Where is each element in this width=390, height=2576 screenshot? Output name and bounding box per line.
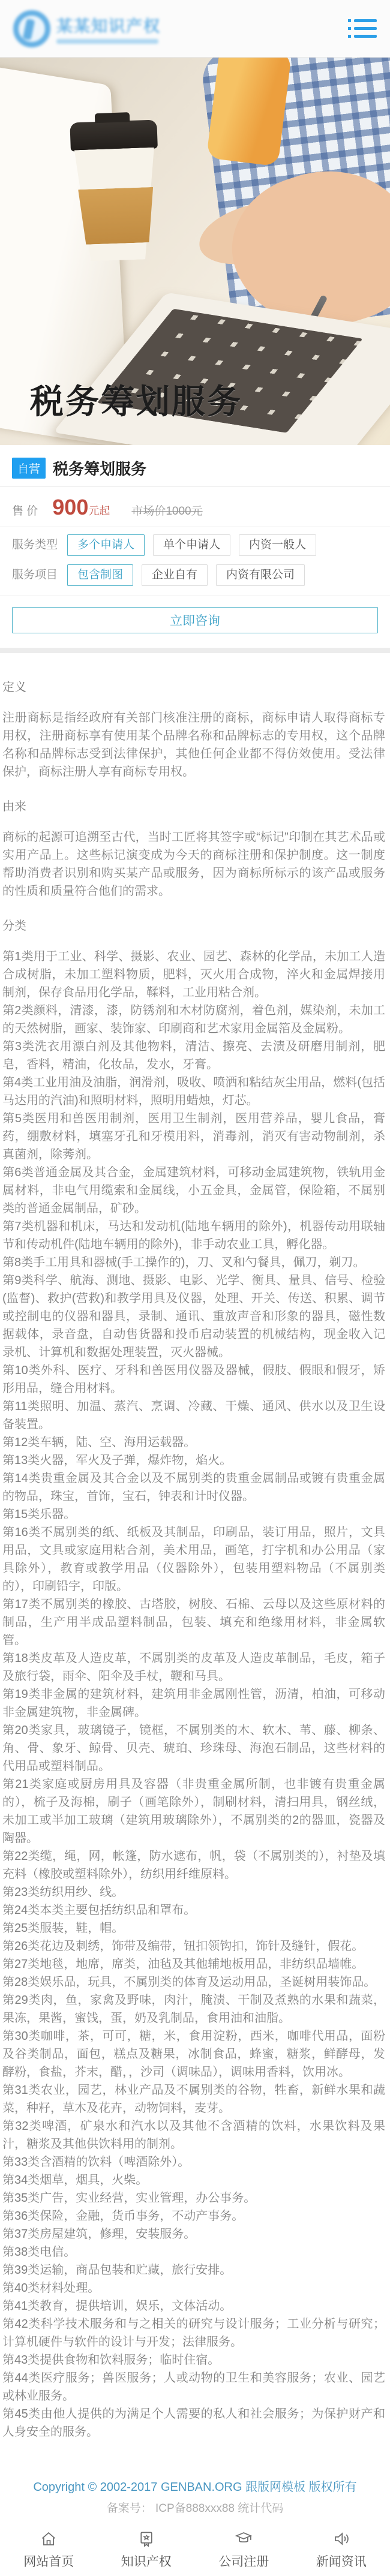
hero-coffee-cup bbox=[70, 109, 162, 262]
hamburger-menu-icon[interactable] bbox=[348, 19, 377, 38]
nav-item-company-registration[interactable]: 公司注册 bbox=[195, 2530, 293, 2570]
classification-paragraph: 第29类肉，鱼，家禽及野味，肉汁，腌渍、干制及煮熟的水果和蔬菜，果冻，果酱，蜜饯… bbox=[2, 1991, 385, 2027]
definition-heading: 定义 bbox=[2, 677, 385, 695]
page: 某某知识产权 税务筹划服务 自营 税务筹划服务 bbox=[0, 0, 390, 2576]
hero-title: 税务筹划服务 bbox=[30, 375, 242, 423]
logo-subtitle bbox=[56, 39, 158, 44]
nav-label: 网站首页 bbox=[0, 2552, 98, 2570]
product-header: 自营 税务筹划服务 bbox=[12, 453, 378, 486]
classification-paragraph: 第18类皮革及人造皮革，不属别类的皮革及人造皮革制品，毛皮，箱子及旅行袋，雨伞、… bbox=[2, 1649, 385, 1685]
graduation-cap-icon bbox=[235, 2530, 253, 2548]
classification-paragraph: 第21类家庭或厨房用具及容器（非贵重金属所制，也非镀有贵重金属的），梳子及海棉，… bbox=[2, 1775, 385, 1847]
service-type-option[interactable]: 多个申请人 bbox=[67, 534, 145, 556]
classification-paragraph: 第33类含酒精的饮料（啤酒除外）。 bbox=[2, 2153, 385, 2171]
logo-texts: 某某知识产权 bbox=[56, 13, 161, 44]
hero-orange-sleeve bbox=[206, 58, 292, 167]
speaker-icon bbox=[332, 2530, 350, 2548]
classification-paragraph: 第42类科学技术服务和与之相关的研究与设计服务；工业分析与研究；计算机硬件与软件… bbox=[2, 2315, 385, 2351]
header: 某某知识产权 bbox=[0, 0, 390, 58]
classification-paragraphs: 第1类用于工业、科学、摄影、农业、园艺、森林的化学品，未加工人造合成树脂，未加工… bbox=[2, 948, 385, 2441]
classification-paragraph: 第31类农业，园艺，林业产品及不属别类的谷物，牲畜，新鲜水果和蔬菜，种籽，草木及… bbox=[2, 2081, 385, 2117]
product-card: 自营 税务筹划服务 售 价 900 元起 市场价1000元 服务类型 多个申请人… bbox=[0, 445, 390, 648]
product-description: 定义 注册商标是指经政府有关部门核准注册的商标，商标申请人取得商标专用权，注册商… bbox=[0, 653, 390, 2461]
price-label: 售 价 bbox=[12, 502, 38, 518]
classification-paragraph: 第11类照明、加温、蒸汽、烹调、冷藏、干燥、通风、供水以及卫生设备装置。 bbox=[2, 1397, 385, 1433]
price-row: 售 价 900 元起 市场价1000元 bbox=[12, 487, 378, 527]
classification-paragraph: 第6类普通金属及其合金，金属建筑材料，可移动金属建筑物，铁轨用金属材料，非电气用… bbox=[2, 1164, 385, 1218]
service-item-option[interactable]: 包含制图 bbox=[67, 564, 133, 586]
home-icon bbox=[40, 2530, 58, 2548]
service-item-option[interactable]: 企业自有 bbox=[142, 564, 208, 586]
self-operated-badge: 自营 bbox=[12, 458, 46, 479]
logo-title: 某某知识产权 bbox=[56, 13, 161, 37]
description-paragraph: 商标的起源可追溯至古代，当时工匠将其签字或“标记”印制在其艺术品或实用产品上。这… bbox=[2, 828, 385, 900]
classification-paragraph: 第8类手工用具和器械(手工操作的)，刀、叉和勺餐具，佩刀，剃刀。 bbox=[2, 1254, 385, 1272]
classification-paragraph: 第10类外科、医疗、牙科和兽医用仪器及器械，假肢、假眼和假牙，矫形用品，缝合用材… bbox=[2, 1361, 385, 1397]
classification-paragraph: 第39类运输，商品包装和贮藏，旅行安排。 bbox=[2, 2261, 385, 2279]
hero-banner: 税务筹划服务 bbox=[0, 58, 390, 445]
logo-mark-icon bbox=[13, 10, 50, 47]
classification-paragraph: 第37类房屋建筑，修理，安装服务。 bbox=[2, 2225, 385, 2243]
nav-label: 公司注册 bbox=[195, 2552, 293, 2570]
icp-record: 备案号： ICP备888xxx88 统计代码 bbox=[0, 2499, 390, 2515]
classification-paragraph: 第16类不属别类的纸、纸板及其制品，印刷品，装订用品，照片，文具用品，文具或家庭… bbox=[2, 1523, 385, 1595]
nav-label: 知识产权 bbox=[98, 2552, 196, 2570]
classification-heading: 分类 bbox=[2, 916, 385, 933]
classification-paragraph: 第17类不属别类的橡胶、古塔胶，树胶、石棉、云母以及这些原材料的制品，生产用半成… bbox=[2, 1595, 385, 1649]
service-type-label: 服务类型 bbox=[12, 534, 67, 556]
classification-paragraph: 第44类医疗服务；兽医服务；人或动物的卫生和美容服务；农业、园艺或林业服务。 bbox=[2, 2369, 385, 2405]
service-type-option[interactable]: 单个申请人 bbox=[153, 534, 230, 556]
nav-item-home[interactable]: 网站首页 bbox=[0, 2530, 98, 2570]
certificate-icon bbox=[137, 2530, 155, 2548]
section-divider bbox=[0, 648, 390, 653]
classification-paragraph: 第7类机器和机床，马达和发动机(陆地车辆用的除外)，机器传动用联轴节和传动机件(… bbox=[2, 1218, 385, 1254]
nav-item-intellectual-property[interactable]: 知识产权 bbox=[98, 2530, 196, 2570]
classification-paragraph: 第5类医用和兽医用制剂，医用卫生制剂，医用营养品，婴儿食品，膏药，绷敷材料，填塞… bbox=[2, 1110, 385, 1164]
classification-paragraph: 第14类贵重金属及其合金以及不属别类的贵重金属制品或镀有贵重金属的物品，珠宝，首… bbox=[2, 1469, 385, 1505]
classification-paragraph: 第36类保险，金融，货币事务，不动产事务。 bbox=[2, 2207, 385, 2225]
classification-paragraph: 第25类服装，鞋，帽。 bbox=[2, 1919, 385, 1937]
service-item-row: 服务项目 包含制图企业自有内资有限公司 bbox=[12, 557, 378, 587]
footer: Copyright © 2002-2017 GENBAN.ORG 跟版网模板 版… bbox=[0, 2461, 390, 2576]
service-item-option[interactable]: 内资有限公司 bbox=[216, 564, 305, 586]
classification-paragraph: 第23类纺织用纱、线。 bbox=[2, 1883, 385, 1901]
service-item-label: 服务项目 bbox=[12, 564, 67, 586]
classification-paragraph: 第19类非金属的建筑材料，建筑用非金属刚性管，沥清，柏油，可移动非金属建筑物，非… bbox=[2, 1685, 385, 1721]
classification-paragraph: 第22类缆，绳，网，帐篷，防水遮布，帆，袋（不属别类的），衬垫及填充料（橡胶或塑… bbox=[2, 1847, 385, 1883]
classification-paragraph: 第12类车辆，陆、空、海用运载器。 bbox=[2, 1433, 385, 1451]
classification-paragraph: 第43类提供食物和饮料服务；临时住宿。 bbox=[2, 2351, 385, 2369]
service-type-options: 多个申请人单个申请人内资一般人 bbox=[67, 534, 316, 556]
classification-paragraph: 第9类科学、航海、测地、摄影、电影、光学、衡具、量具、信号、检验(监督)、救护(… bbox=[2, 1272, 385, 1361]
service-type-option[interactable]: 内资一般人 bbox=[239, 534, 316, 556]
classification-paragraph: 第30类咖啡，茶，可可，糖，米，食用淀粉，西米，咖啡代用品，面粉及谷类制品，面包… bbox=[2, 2027, 385, 2081]
classification-paragraph: 第13类火器，军火及子弹，爆炸物，焰火。 bbox=[2, 1451, 385, 1469]
origin-paragraphs: 商标的起源可追溯至古代，当时工匠将其签字或“标记”印制在其艺术品或实用产品上。这… bbox=[2, 828, 385, 900]
classification-paragraph: 第28类娱乐品，玩具，不属别类的体育及运动用品，圣诞树用装饰品。 bbox=[2, 1973, 385, 1991]
bottom-navigation: 网站首页 知识产权 公司注册 bbox=[0, 2525, 390, 2576]
classification-paragraph: 第41类教育，提供培训，娱乐，文体活动。 bbox=[2, 2297, 385, 2315]
classification-paragraph: 第15类乐器。 bbox=[2, 1505, 385, 1523]
classification-paragraph: 第32类啤酒，矿泉水和汽水以及其他不含酒精的饮料，水果饮料及果汁，糖浆及其他供饮… bbox=[2, 2117, 385, 2153]
classification-paragraph: 第27类地毯，地席，席类，油毡及其他辅地板用品，非纺织品墙帷。 bbox=[2, 1955, 385, 1973]
classification-paragraph: 第40类材料处理。 bbox=[2, 2279, 385, 2297]
definition-paragraphs: 注册商标是指经政府有关部门核准注册的商标，商标申请人取得商标专用权，注册商标享有… bbox=[2, 709, 385, 781]
price-unit: 元起 bbox=[88, 503, 110, 518]
description-paragraph: 注册商标是指经政府有关部门核准注册的商标，商标申请人取得商标专用权，注册商标享有… bbox=[2, 709, 385, 781]
nav-item-news[interactable]: 新闻资讯 bbox=[293, 2530, 390, 2570]
classification-paragraph: 第4类工业用油及油脂，润滑剂，吸收、喷洒和粘结灰尘用品，燃料(包括马达用的汽油)… bbox=[2, 1074, 385, 1110]
market-price: 市场价1000元 bbox=[131, 502, 202, 518]
classification-paragraph: 第26类花边及刺绣，饰带及编带，钮扣领钩扣，饰针及缝针，假花。 bbox=[2, 1937, 385, 1955]
classification-paragraph: 第35类广告，实业经营，实业管理，办公事务。 bbox=[2, 2189, 385, 2207]
service-item-options: 包含制图企业自有内资有限公司 bbox=[67, 564, 305, 586]
price-value: 900 bbox=[52, 497, 88, 518]
copyright-link[interactable]: Copyright © 2002-2017 GENBAN.ORG 跟版网模板 版… bbox=[0, 2477, 390, 2494]
origin-heading: 由来 bbox=[2, 796, 385, 814]
classification-paragraph: 第38类电信。 bbox=[2, 2243, 385, 2261]
classification-paragraph: 第3类洗衣用漂白剂及其他物料，清洁、擦亮、去渍及研磨用制剂，肥皂，香料，精油，化… bbox=[2, 1038, 385, 1074]
nav-label: 新闻资讯 bbox=[293, 2552, 390, 2570]
site-logo[interactable]: 某某知识产权 bbox=[13, 10, 161, 47]
classification-paragraph: 第34类烟草，烟具，火柴。 bbox=[2, 2171, 385, 2189]
classification-paragraph: 第1类用于工业、科学、摄影、农业、园艺、森林的化学品，未加工人造合成树脂，未加工… bbox=[2, 948, 385, 1002]
classification-paragraph: 第20类家具，玻璃镜子，镜框，不属别类的木、软木、苇、藤、柳条、角、骨、象牙、鲸… bbox=[2, 1721, 385, 1775]
consult-now-button[interactable]: 立即咨询 bbox=[12, 607, 378, 633]
classification-paragraph: 第2类颜料，清漆，漆，防锈剂和木材防腐剂，着色剂，媒染剂，未加工的天然树脂，画家… bbox=[2, 1002, 385, 1038]
service-type-row: 服务类型 多个申请人单个申请人内资一般人 bbox=[12, 527, 378, 557]
classification-paragraph: 第45类由他人提供的为满足个人需要的私人和社会服务；为保护财产和人身安全的服务。 bbox=[2, 2405, 385, 2441]
product-title: 税务筹划服务 bbox=[53, 457, 146, 479]
classification-paragraph: 第24类本类主要包括纺织品和罩布。 bbox=[2, 1901, 385, 1919]
